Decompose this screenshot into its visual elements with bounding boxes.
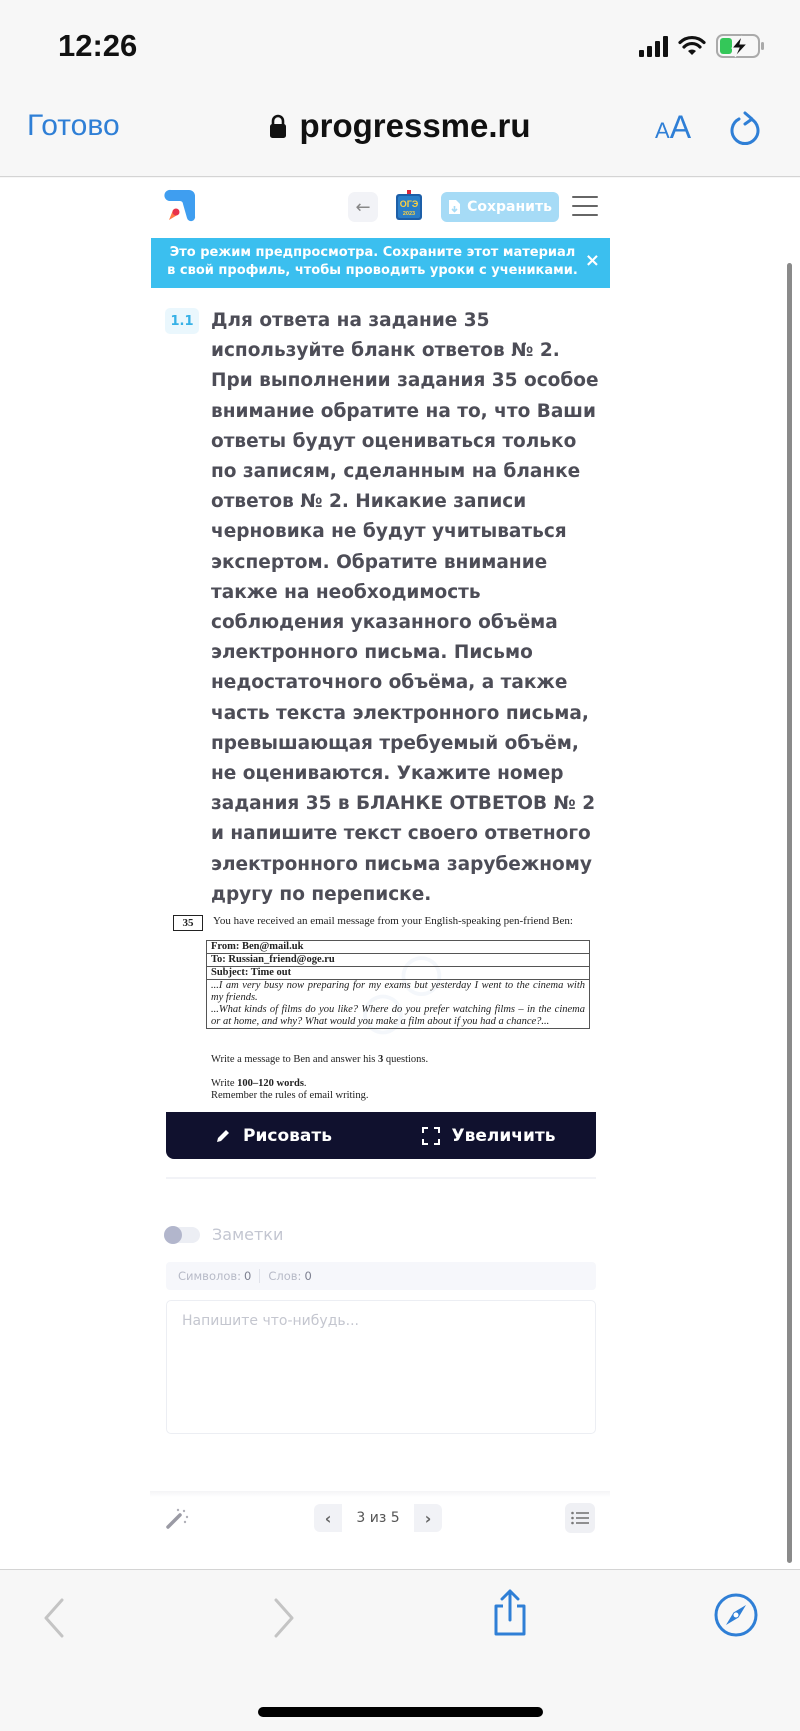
reload-icon[interactable] — [729, 111, 763, 149]
lock-icon — [269, 114, 287, 139]
pager-next-button[interactable]: › — [414, 1504, 442, 1532]
instruction-words: Write 100–120 words. Remember the rules … — [211, 1078, 368, 1102]
email-body-1: ...I am very busy now preparing for my e… — [207, 980, 589, 1004]
browser-address-bar: Готово progressme.ru AA — [0, 95, 800, 177]
status-time: 12:26 — [58, 28, 137, 64]
task-image: ○○ 35 You have received an email message… — [166, 912, 596, 1112]
hamburger-menu-icon[interactable] — [572, 196, 598, 216]
zoom-label: Увеличить — [452, 1126, 556, 1146]
pager: ‹ 3 из 5 › — [314, 1504, 442, 1532]
list-icon — [571, 1511, 589, 1525]
back-arrow-button[interactable]: ← — [348, 192, 378, 222]
save-file-icon — [448, 199, 461, 215]
oge-badge-icon: ОГЭ 2023 — [395, 190, 423, 222]
status-icons — [639, 34, 766, 58]
exam-task-number: 35 — [173, 915, 203, 931]
svg-text:2023: 2023 — [403, 211, 415, 217]
magic-wand-icon[interactable] — [165, 1508, 189, 1530]
close-icon[interactable]: × — [585, 252, 600, 270]
browser-back-icon[interactable] — [42, 1598, 66, 1638]
instruction-rules: Remember the rules of email writing. — [211, 1090, 368, 1102]
banner-line-2: в свой профиль, чтобы проводить уроки с … — [165, 262, 580, 280]
pencil-icon — [215, 1128, 231, 1144]
app-header: ← ОГЭ 2023 Сохранить — [151, 178, 610, 235]
text-size-big: A — [670, 109, 691, 145]
home-indicator — [258, 1707, 543, 1717]
svg-text:ОГЭ: ОГЭ — [400, 199, 419, 209]
preview-banner: Это режим предпросмотра. Сохраните этот … — [151, 238, 610, 288]
notes-label: Заметки — [212, 1225, 283, 1244]
email-table: From: Ben@mail.uk To: Russian_friend@oge… — [206, 940, 590, 1029]
compass-icon[interactable] — [713, 1592, 759, 1638]
page-scrollbar[interactable] — [787, 263, 792, 1563]
notes-textarea[interactable] — [166, 1300, 596, 1434]
arrow-left-icon: ← — [355, 197, 370, 218]
share-icon[interactable] — [490, 1588, 530, 1638]
instruction-questions: Write a message to Ben and answer his 3 … — [211, 1054, 428, 1065]
pager-label: 3 из 5 — [342, 1504, 414, 1532]
url-text: progressme.ru — [299, 107, 530, 144]
image-toolbar: Рисовать Увеличить — [166, 1112, 596, 1159]
notes-counter: Символов: 0 Слов: 0 — [166, 1262, 596, 1290]
status-bar: 12:26 — [0, 0, 800, 95]
text-size-small: A — [655, 118, 670, 143]
wifi-icon — [678, 35, 706, 57]
zoom-button[interactable]: Увеличить — [381, 1112, 596, 1159]
progressme-logo-icon[interactable] — [163, 188, 197, 222]
expand-icon — [422, 1127, 440, 1145]
notes-toggle[interactable] — [164, 1227, 200, 1243]
chars-value: 0 — [244, 1269, 251, 1283]
words-value: 0 — [304, 1269, 311, 1283]
text-size-button[interactable]: AA — [655, 109, 691, 146]
notes-toggle-row: Заметки — [164, 1225, 283, 1244]
email-from: From: Ben@mail.uk — [207, 941, 589, 954]
email-subject: Subject: Time out — [207, 967, 589, 980]
draw-button[interactable]: Рисовать — [166, 1112, 381, 1159]
banner-line-1: Это режим предпросмотра. Сохраните этот … — [165, 244, 580, 262]
web-content: ← ОГЭ 2023 Сохранить Это режим предпросм… — [0, 178, 800, 1569]
task-number-badge: 1.1 — [165, 308, 199, 334]
save-button[interactable]: Сохранить — [441, 192, 559, 222]
email-body-2: ...What kinds of films do you like? Wher… — [207, 1004, 589, 1028]
chars-label: Символов: — [178, 1269, 241, 1283]
draw-label: Рисовать — [243, 1126, 332, 1146]
task-instructions: Для ответа на задание 35 используйте бла… — [211, 306, 601, 910]
email-to: To: Russian_friend@oge.ru — [207, 954, 589, 967]
cellular-signal-icon — [639, 35, 668, 57]
task-list-button[interactable] — [565, 1503, 595, 1533]
battery-charging-icon — [716, 34, 766, 58]
browser-forward-icon[interactable] — [272, 1598, 296, 1638]
bottom-panel-divider — [150, 1491, 610, 1497]
words-label: Слов: — [268, 1269, 301, 1283]
save-label: Сохранить — [467, 199, 552, 215]
section-divider — [166, 1177, 596, 1179]
pager-prev-button[interactable]: ‹ — [314, 1504, 342, 1532]
email-intro: You have received an email message from … — [213, 915, 573, 927]
